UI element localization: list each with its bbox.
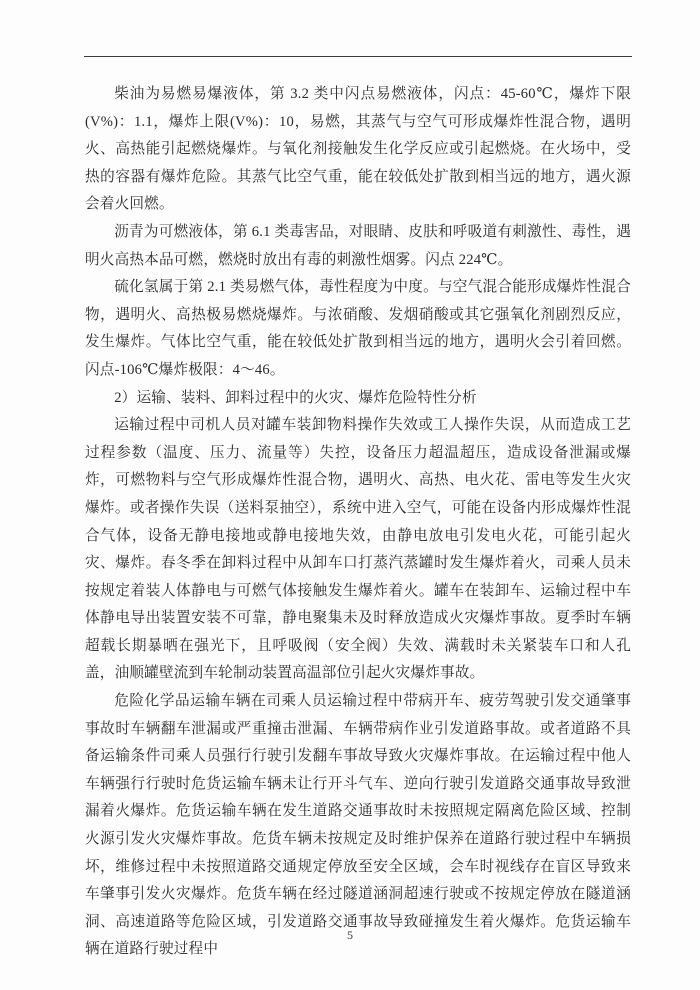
- document-paragraph: 硫化氢属于第 2.1 类易燃气体，毒性程度为中度。与空气混合能形成爆炸性混合物，…: [85, 274, 631, 384]
- document-page: 柴油为易燃易爆液体，第 3.2 类中闪点易燃液体，闪点：45-60℃，爆炸下限(…: [0, 0, 700, 990]
- document-paragraph: 沥青为可燃液体，第 6.1 类毒害品，对眼睛、皮肤和呼吸道有刺激性、毒性，遇明火…: [85, 219, 631, 274]
- document-paragraph: 危险化学品运输车辆在司乘人员运输过程中带病开车、疲劳驾驶引发交通肇事事故时车辆翻…: [85, 688, 631, 964]
- page-number: 5: [0, 928, 700, 943]
- header-rule: [84, 56, 632, 57]
- document-paragraph: 运输过程中司机人员对罐车装卸物料操作失效或工人操作失误，从而造成工艺过程参数（温…: [85, 412, 631, 688]
- document-body: 柴油为易燃易爆液体，第 3.2 类中闪点易燃液体，闪点：45-60℃，爆炸下限(…: [85, 81, 631, 964]
- document-paragraph: 2）运输、装料、卸料过程中的火灾、爆炸危险特性分析: [85, 385, 631, 413]
- document-paragraph: 柴油为易燃易爆液体，第 3.2 类中闪点易燃液体，闪点：45-60℃，爆炸下限(…: [85, 81, 631, 219]
